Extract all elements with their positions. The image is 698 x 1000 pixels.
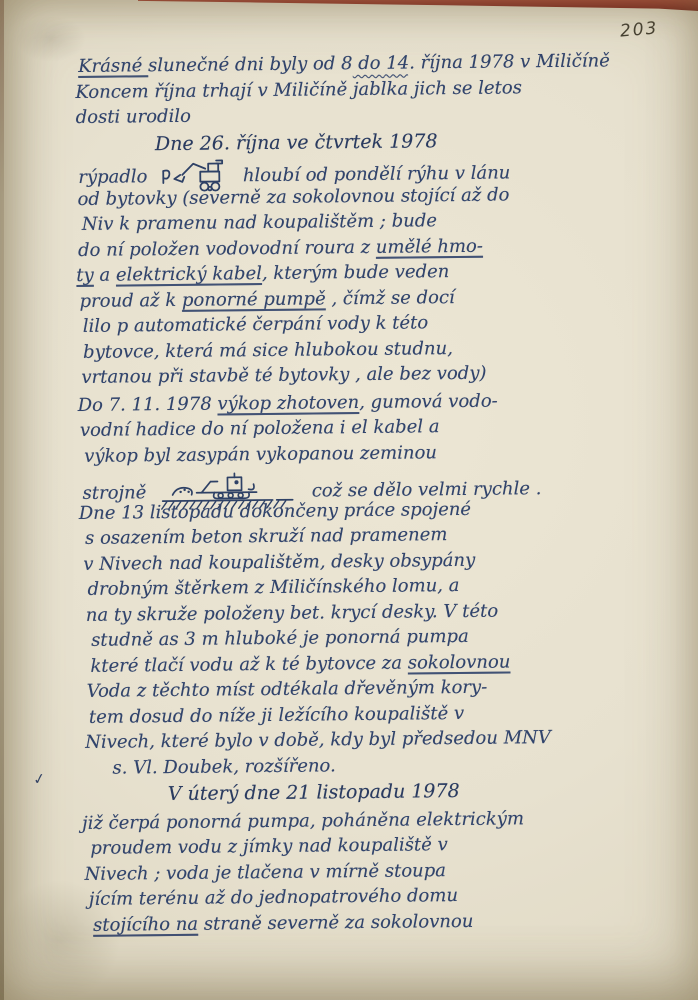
text-segment: drobným štěrkem z Miličínského lomu, a [87, 575, 459, 600]
text-segment: , gumová vodo- [359, 390, 498, 412]
text-segment: Koncem října trhají v Miličíně [75, 79, 353, 103]
text-segment: od bytovky (severně za sokolovnou stojíc… [77, 184, 509, 210]
text-segment: V úterý dne 21 listopadu 1978 [168, 780, 460, 805]
text-segment: do ní položen vodovodní roura z [78, 236, 376, 260]
text-segment: vrtanou při stavbě té bytovky , ale bez … [81, 363, 486, 388]
text-segment: Krásné [78, 55, 148, 77]
text-line: strojně což se dělo velmi rychle . [82, 463, 684, 495]
manuscript-page: 203 Krásné slunečné dni byly od 8 do 14.… [0, 0, 698, 1000]
text-segment: proudem vodu z jímky nad koupaliště v [90, 834, 448, 859]
text-line: dosti urodilo [76, 99, 681, 131]
text-segment: v Nivech nad koupalištěm, desky obsypány [83, 549, 475, 574]
heading-line: Dne 26. října ve čtvrtek 1978 [155, 126, 681, 157]
text-segment: jícím terénu až do jednopatrového domu [89, 885, 458, 910]
text-segment: jich se letos [408, 77, 522, 99]
text-segment: , čímž se docí [326, 287, 455, 309]
text-segment: výkop byl zasypán vykopanou zeminou [84, 442, 437, 467]
text-segment: lilo p automatické čerpání vody k této [83, 312, 428, 337]
text-segment: studně as 3 m hluboké je ponorná pumpa [91, 626, 469, 651]
text-segment: Do 7. 11. 1978 [78, 393, 218, 415]
text-segment: jablka [353, 78, 408, 100]
text-segment: rýpadlo [78, 166, 153, 188]
manuscript-lines: Krásné slunečné dni byly od 8 do 14. říj… [74, 48, 689, 938]
text-segment: umělé hmo- [376, 235, 483, 257]
text-line: s. Vl. Doubek, rozšířeno. [112, 749, 687, 781]
text-segment: ponorné pumpě [182, 288, 326, 311]
text-segment: tem dosud do níže ji ležícího koupaliště… [89, 702, 464, 727]
text-line: stojícího na straně severně za sokolovno… [93, 906, 689, 938]
text-segment: bytovce, která má sice hlubokou studnu, [83, 338, 453, 363]
text-segment: Dne 13 listopadu dokončeny práce spojené [79, 498, 471, 523]
margin-checkmark: ✓ [32, 769, 48, 789]
text-segment: s osazením beton skruží nad pramenem [85, 524, 448, 549]
text-segment: slunečné dni byly od 8 do 14. října 1978… [148, 50, 610, 76]
text-segment: dosti urodilo [76, 106, 191, 128]
text-segment: sokolovnou [408, 651, 511, 673]
text-segment: , kterým bude veden [262, 261, 450, 284]
text-segment: Nivech, které bylo v době, kdy byl předs… [85, 727, 551, 753]
text-segment: Voda z těchto míst odtékala dřevěným kor… [87, 677, 488, 702]
text-segment: na ty skruže položeny bet. krycí desky. … [86, 600, 498, 625]
text-segment: již čerpá ponorná pumpa, poháněna elektr… [82, 808, 524, 834]
text-segment: vodní hadice do ní položena i el kabel a [80, 416, 440, 441]
binding-edge-top [138, 0, 698, 11]
heading-line: V úterý dne 21 listopadu 1978 [168, 777, 688, 808]
text-segment: Niv k pramenu nad koupalištěm ; bude [82, 210, 437, 235]
text-segment: Dne 26. října ve čtvrtek 1978 [155, 130, 438, 155]
binding-edge-left [0, 0, 4, 1000]
text-segment: a [94, 265, 116, 286]
text-segment: které tlačí vodu až k té bytovce za [90, 652, 408, 676]
text-segment: ty [76, 265, 94, 286]
text-segment: výkop zhotoven [217, 392, 359, 414]
text-segment: stojícího na [93, 913, 198, 935]
text-segment: elektrický kabel [116, 263, 262, 286]
text-segment: s. Vl. Doubek, rozšířeno. [112, 755, 335, 778]
text-segment: proud až k [79, 289, 182, 311]
page-number: 203 [619, 18, 659, 41]
text-line: vrtanou při stavbě té bytovky , ale bez … [81, 359, 683, 391]
text-segment: Nivech ; voda je tlačena v mírně stoupa [84, 860, 446, 885]
text-segment: straně severně za sokolovnou [198, 910, 474, 934]
